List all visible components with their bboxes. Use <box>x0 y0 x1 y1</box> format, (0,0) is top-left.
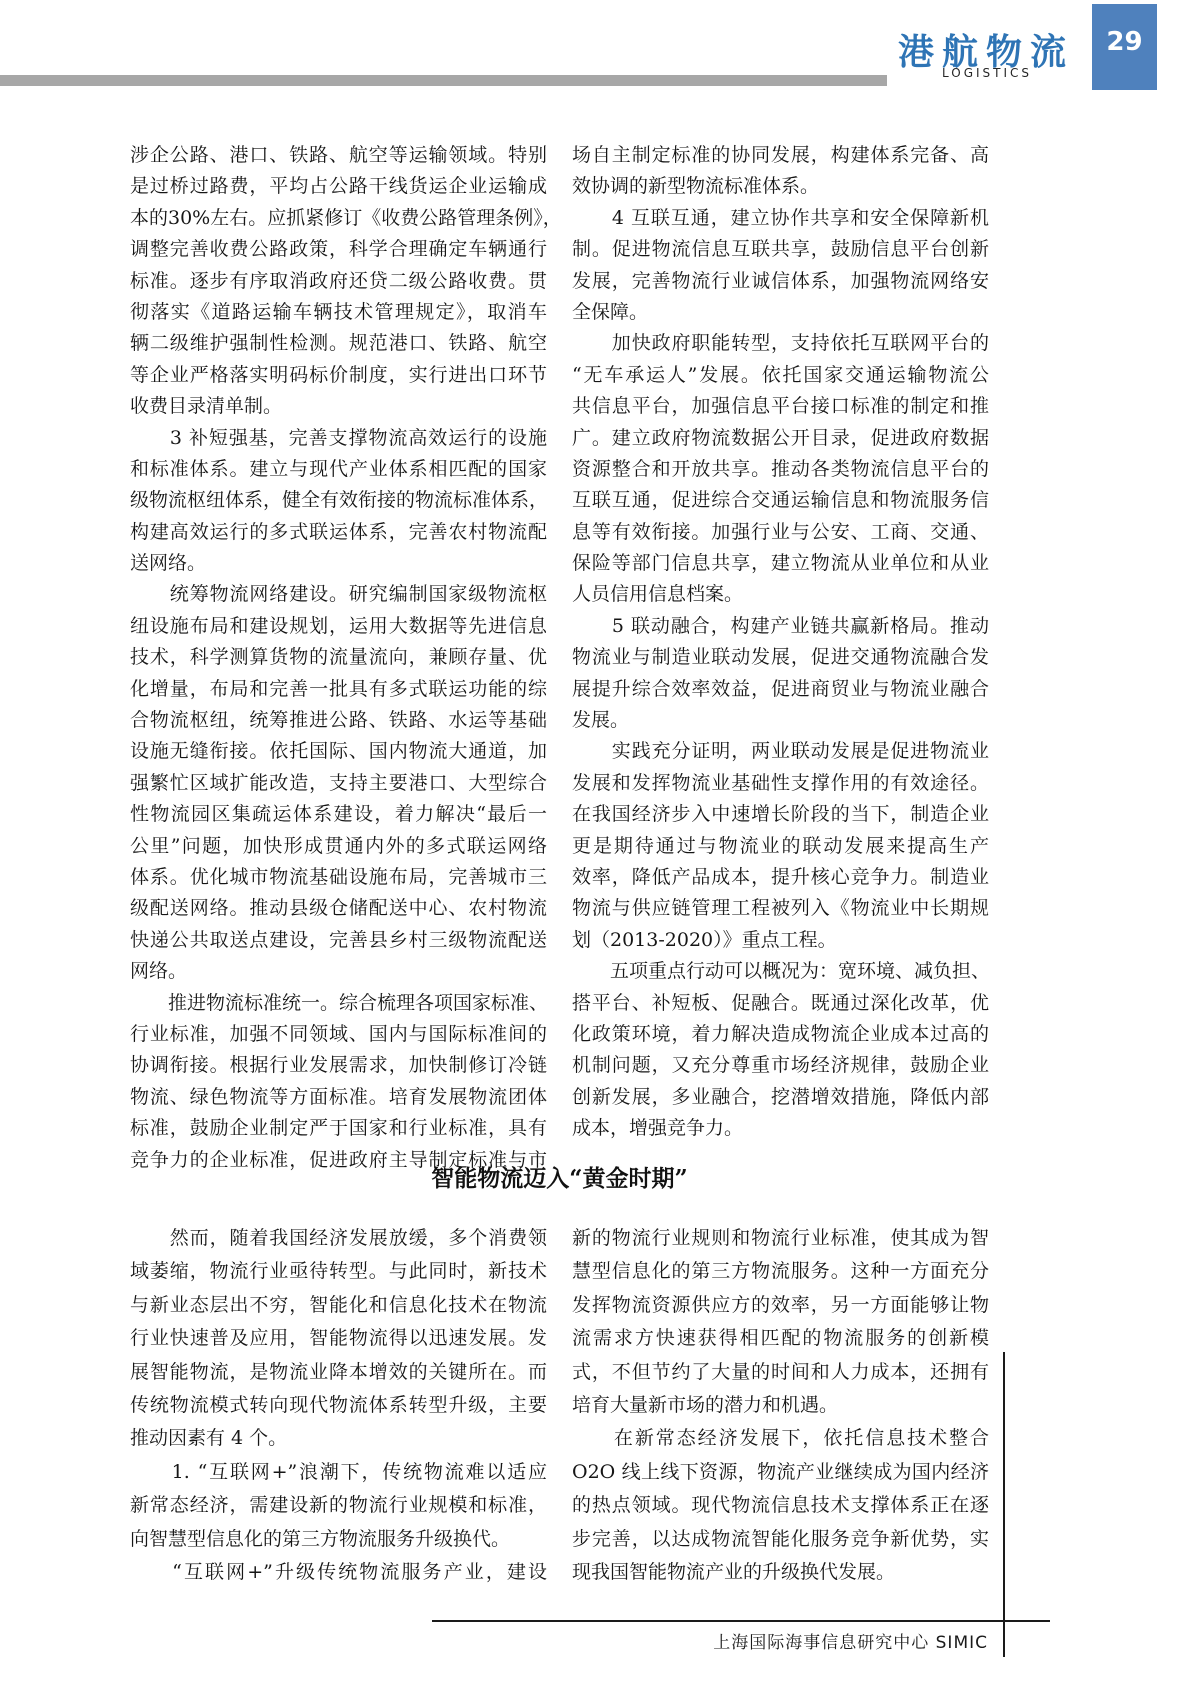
column-1-right: 场自主制定标准的协同发展，构建体系完备、高效协调的新型物流标准体系。 4 互联互… <box>572 140 989 1145</box>
text-line: 化增量，布局和完善一批具有多式联运功能的综 <box>130 674 547 705</box>
text-line: 搭平台、补短板、促融合。既通过深化改革，优 <box>572 988 989 1019</box>
text-line: 发挥物流资源供应方的效率，另一方面能够让物 <box>572 1289 989 1322</box>
text-line: 然而，随着我国经济发展放缓，多个消费领 <box>130 1222 547 1255</box>
text-line: 成本，增强竞争力。 <box>572 1113 989 1144</box>
text-line: 级物流枢纽体系，健全有效衔接的物流标准体系， <box>130 485 547 516</box>
text-line: 的热点领域。现代物流信息技术支撑体系正在逐 <box>572 1489 989 1522</box>
text-line: 送网络。 <box>130 548 547 579</box>
text-line: 向智慧型信息化的第三方物流服务升级换代。 <box>130 1523 547 1556</box>
publisher: 上海国际海事信息研究中心 SIMIC <box>388 1628 988 1653</box>
text-line: 行业标准，加强不同领域、国内与国际标准间的 <box>130 1019 547 1050</box>
article-heading: 智能物流迈入“黄金时期” <box>130 1160 989 1193</box>
text-line: 保险等部门信息共享，建立物流从业单位和从业 <box>572 548 989 579</box>
text-line: 新的物流行业规则和物流行业标准，使其成为智 <box>572 1222 989 1255</box>
text-line: 展提升综合效率效益，促进商贸业与物流业融合 <box>572 674 989 705</box>
text-line: 互联互通，促进综合交通运输信息和物流服务信 <box>572 485 989 516</box>
text-line: 协调衔接。根据行业发展需求，加快制修订冷链 <box>130 1050 547 1081</box>
page-number: 29 <box>1106 27 1142 57</box>
text-line: O2O 线上线下资源，物流产业继续成为国内经济 <box>572 1456 989 1489</box>
text-line: 创新发展，多业融合，挖潜增效措施，降低内部 <box>572 1082 989 1113</box>
text-line: 设施无缝衔接。依托国际、国内物流大通道，加 <box>130 736 547 767</box>
text-line: 网络。 <box>130 956 547 987</box>
text-line: 效率，降低产品成本，提升核心竞争力。制造业 <box>572 862 989 893</box>
text-line: 是过桥过路费，平均占公路干线货运企业运输成 <box>130 171 547 202</box>
text-line: 本的30%左右。应抓紧修订《收费公路管理条例》， <box>130 203 547 234</box>
text-line: 息等有效衔接。加强行业与公安、工商、交通、 <box>572 517 989 548</box>
text-line: 共信息平台，加强信息平台接口标准的制定和推 <box>572 391 989 422</box>
text-line: 加快政府职能转型，支持依托互联网平台的 <box>572 328 989 359</box>
text-line: 培育大量新市场的潜力和机遇。 <box>572 1389 989 1422</box>
text-line: 效协调的新型物流标准体系。 <box>572 171 989 202</box>
text-line: 涉企公路、港口、铁路、航空等运输领域。特别 <box>130 140 547 171</box>
text-line: 标准，鼓励企业制定严于国家和行业标准，具有 <box>130 1113 547 1144</box>
text-line: 在新常态经济发展下，依托信息技术整合 <box>572 1422 989 1455</box>
text-line: 标准。逐步有序取消政府还贷二级公路收费。贯 <box>130 266 547 297</box>
text-line: 发展，完善物流行业诚信体系，加强物流网络安 <box>572 266 989 297</box>
column-2-right: 新的物流行业规则和物流行业标准，使其成为智慧型信息化的第三方物流服务。这种一方面… <box>572 1222 989 1589</box>
text-line: 体系。优化城市物流基础设施布局，完善城市三 <box>130 862 547 893</box>
text-line: 行业快速普及应用，智能物流得以迅速发展。发 <box>130 1322 547 1355</box>
text-line: 机制问题，又充分尊重市场经济规律，鼓励企业 <box>572 1050 989 1081</box>
header-rule <box>0 75 887 86</box>
text-line: 1. “互联网+”浪潮下，传统物流难以适应 <box>130 1456 547 1489</box>
text-line: 物流与供应链管理工程被列入《物流业中长期规 <box>572 893 989 924</box>
text-line: 级配送网络。推动县级仓储配送中心、农村物流 <box>130 893 547 924</box>
text-line: 等企业严格落实明码标价制度，实行进出口环节 <box>130 360 547 391</box>
section-title-en: LOGISTICS <box>917 66 1057 80</box>
page-number-badge: 29 <box>1092 4 1157 90</box>
text-line: 辆二级维护强制性检测。规范港口、铁路、航空 <box>130 328 547 359</box>
text-line: 现我国智能物流产业的升级换代发展。 <box>572 1556 989 1589</box>
text-line: 公里”问题，加快形成贯通内外的多式联运网络 <box>130 831 547 862</box>
text-line: 资源整合和开放共享。推动各类物流信息平台的 <box>572 454 989 485</box>
text-line: “无车承运人”发展。依托国家交通运输物流公 <box>572 360 989 391</box>
text-line: 性物流园区集疏运体系建设，着力解决“最后一 <box>130 799 547 830</box>
text-line: 流需求方快速获得相匹配的物流服务的创新模 <box>572 1322 989 1355</box>
text-line: 物流、绿色物流等方面标准。培育发展物流团体 <box>130 1082 547 1113</box>
text-line: 合物流枢纽，统筹推进公路、铁路、水运等基础 <box>130 705 547 736</box>
text-line: 4 互联互通，建立协作共享和安全保障新机 <box>572 203 989 234</box>
text-line: 展智能物流，是物流业降本增效的关键所在。而 <box>130 1356 547 1389</box>
text-line: 场自主制定标准的协同发展，构建体系完备、高 <box>572 140 989 171</box>
text-line: 更是期待通过与物流业的联动发展来提高生产 <box>572 831 989 862</box>
text-line: 广。建立政府物流数据公开目录，促进政府数据 <box>572 423 989 454</box>
text-line: 调整完善收费公路政策，科学合理确定车辆通行 <box>130 234 547 265</box>
column-1-left: 涉企公路、港口、铁路、航空等运输领域。特别是过桥过路费，平均占公路干线货运企业运… <box>130 140 547 1176</box>
text-line: 实践充分证明，两业联动发展是促进物流业 <box>572 736 989 767</box>
text-line: 发展和发挥物流业基础性支撑作用的有效途径。 <box>572 768 989 799</box>
footer-rule-vertical <box>1003 1352 1005 1657</box>
text-line: 5 联动融合，构建产业链共赢新格局。推动 <box>572 611 989 642</box>
text-line: 式，不但节约了大量的时间和人力成本，还拥有 <box>572 1356 989 1389</box>
text-line: 发展。 <box>572 705 989 736</box>
text-line: 推动因素有 4 个。 <box>130 1422 547 1455</box>
text-line: 制。促进物流信息互联共享，鼓励信息平台创新 <box>572 234 989 265</box>
text-line: 新常态经济，需建设新的物流行业规模和标准， <box>130 1489 547 1522</box>
text-line: 化政策环境，着力解决造成物流企业成本过高的 <box>572 1019 989 1050</box>
footer-rule-horizontal <box>432 1620 1050 1622</box>
text-line: 全保障。 <box>572 297 989 328</box>
text-line: 在我国经济步入中速增长阶段的当下，制造企业 <box>572 799 989 830</box>
text-line: 和标准体系。建立与现代产业体系相匹配的国家 <box>130 454 547 485</box>
text-line: 物流业与制造业联动发展，促进交通物流融合发 <box>572 642 989 673</box>
column-2-left: 然而，随着我国经济发展放缓，多个消费领域萎缩，物流行业亟待转型。与此同时，新技术… <box>130 1222 547 1589</box>
text-line: 人员信用信息档案。 <box>572 579 989 610</box>
magazine-page: 港航物流 LOGISTICS 29 涉企公路、港口、铁路、航空等运输领域。特别是… <box>0 0 1200 1707</box>
text-line: 传统物流模式转向现代物流体系转型升级，主要 <box>130 1389 547 1422</box>
text-line: 域萎缩，物流行业亟待转型。与此同时，新技术 <box>130 1255 547 1288</box>
text-line: 推进物流标准统一。综合梳理各项国家标准、 <box>130 988 547 1019</box>
text-line: 技术，科学测算货物的流量流向，兼顾存量、优 <box>130 642 547 673</box>
text-line: 与新业态层出不穷，智能化和信息化技术在物流 <box>130 1289 547 1322</box>
text-line: 3 补短强基，完善支撑物流高效运行的设施 <box>130 423 547 454</box>
text-line: 五项重点行动可以概况为：宽环境、减负担、 <box>572 956 989 987</box>
text-line: 强繁忙区域扩能改造，支持主要港口、大型综合 <box>130 768 547 799</box>
text-line: 划（2013-2020）》重点工程。 <box>572 925 989 956</box>
text-line: 彻落实《道路运输车辆技术管理规定》，取消车 <box>130 297 547 328</box>
text-line: 步完善，以达成物流智能化服务竞争新优势，实 <box>572 1523 989 1556</box>
text-line: 统筹物流网络建设。研究编制国家级物流枢 <box>130 579 547 610</box>
text-line: 纽设施布局和建设规划，运用大数据等先进信息 <box>130 611 547 642</box>
text-line: 构建高效运行的多式联运体系，完善农村物流配 <box>130 517 547 548</box>
text-line: “互联网+”升级传统物流服务产业，建设 <box>130 1556 547 1589</box>
text-line: 慧型信息化的第三方物流服务。这种一方面充分 <box>572 1255 989 1288</box>
text-line: 快递公共取送点建设，完善县乡村三级物流配送 <box>130 925 547 956</box>
text-line: 收费目录清单制。 <box>130 391 547 422</box>
